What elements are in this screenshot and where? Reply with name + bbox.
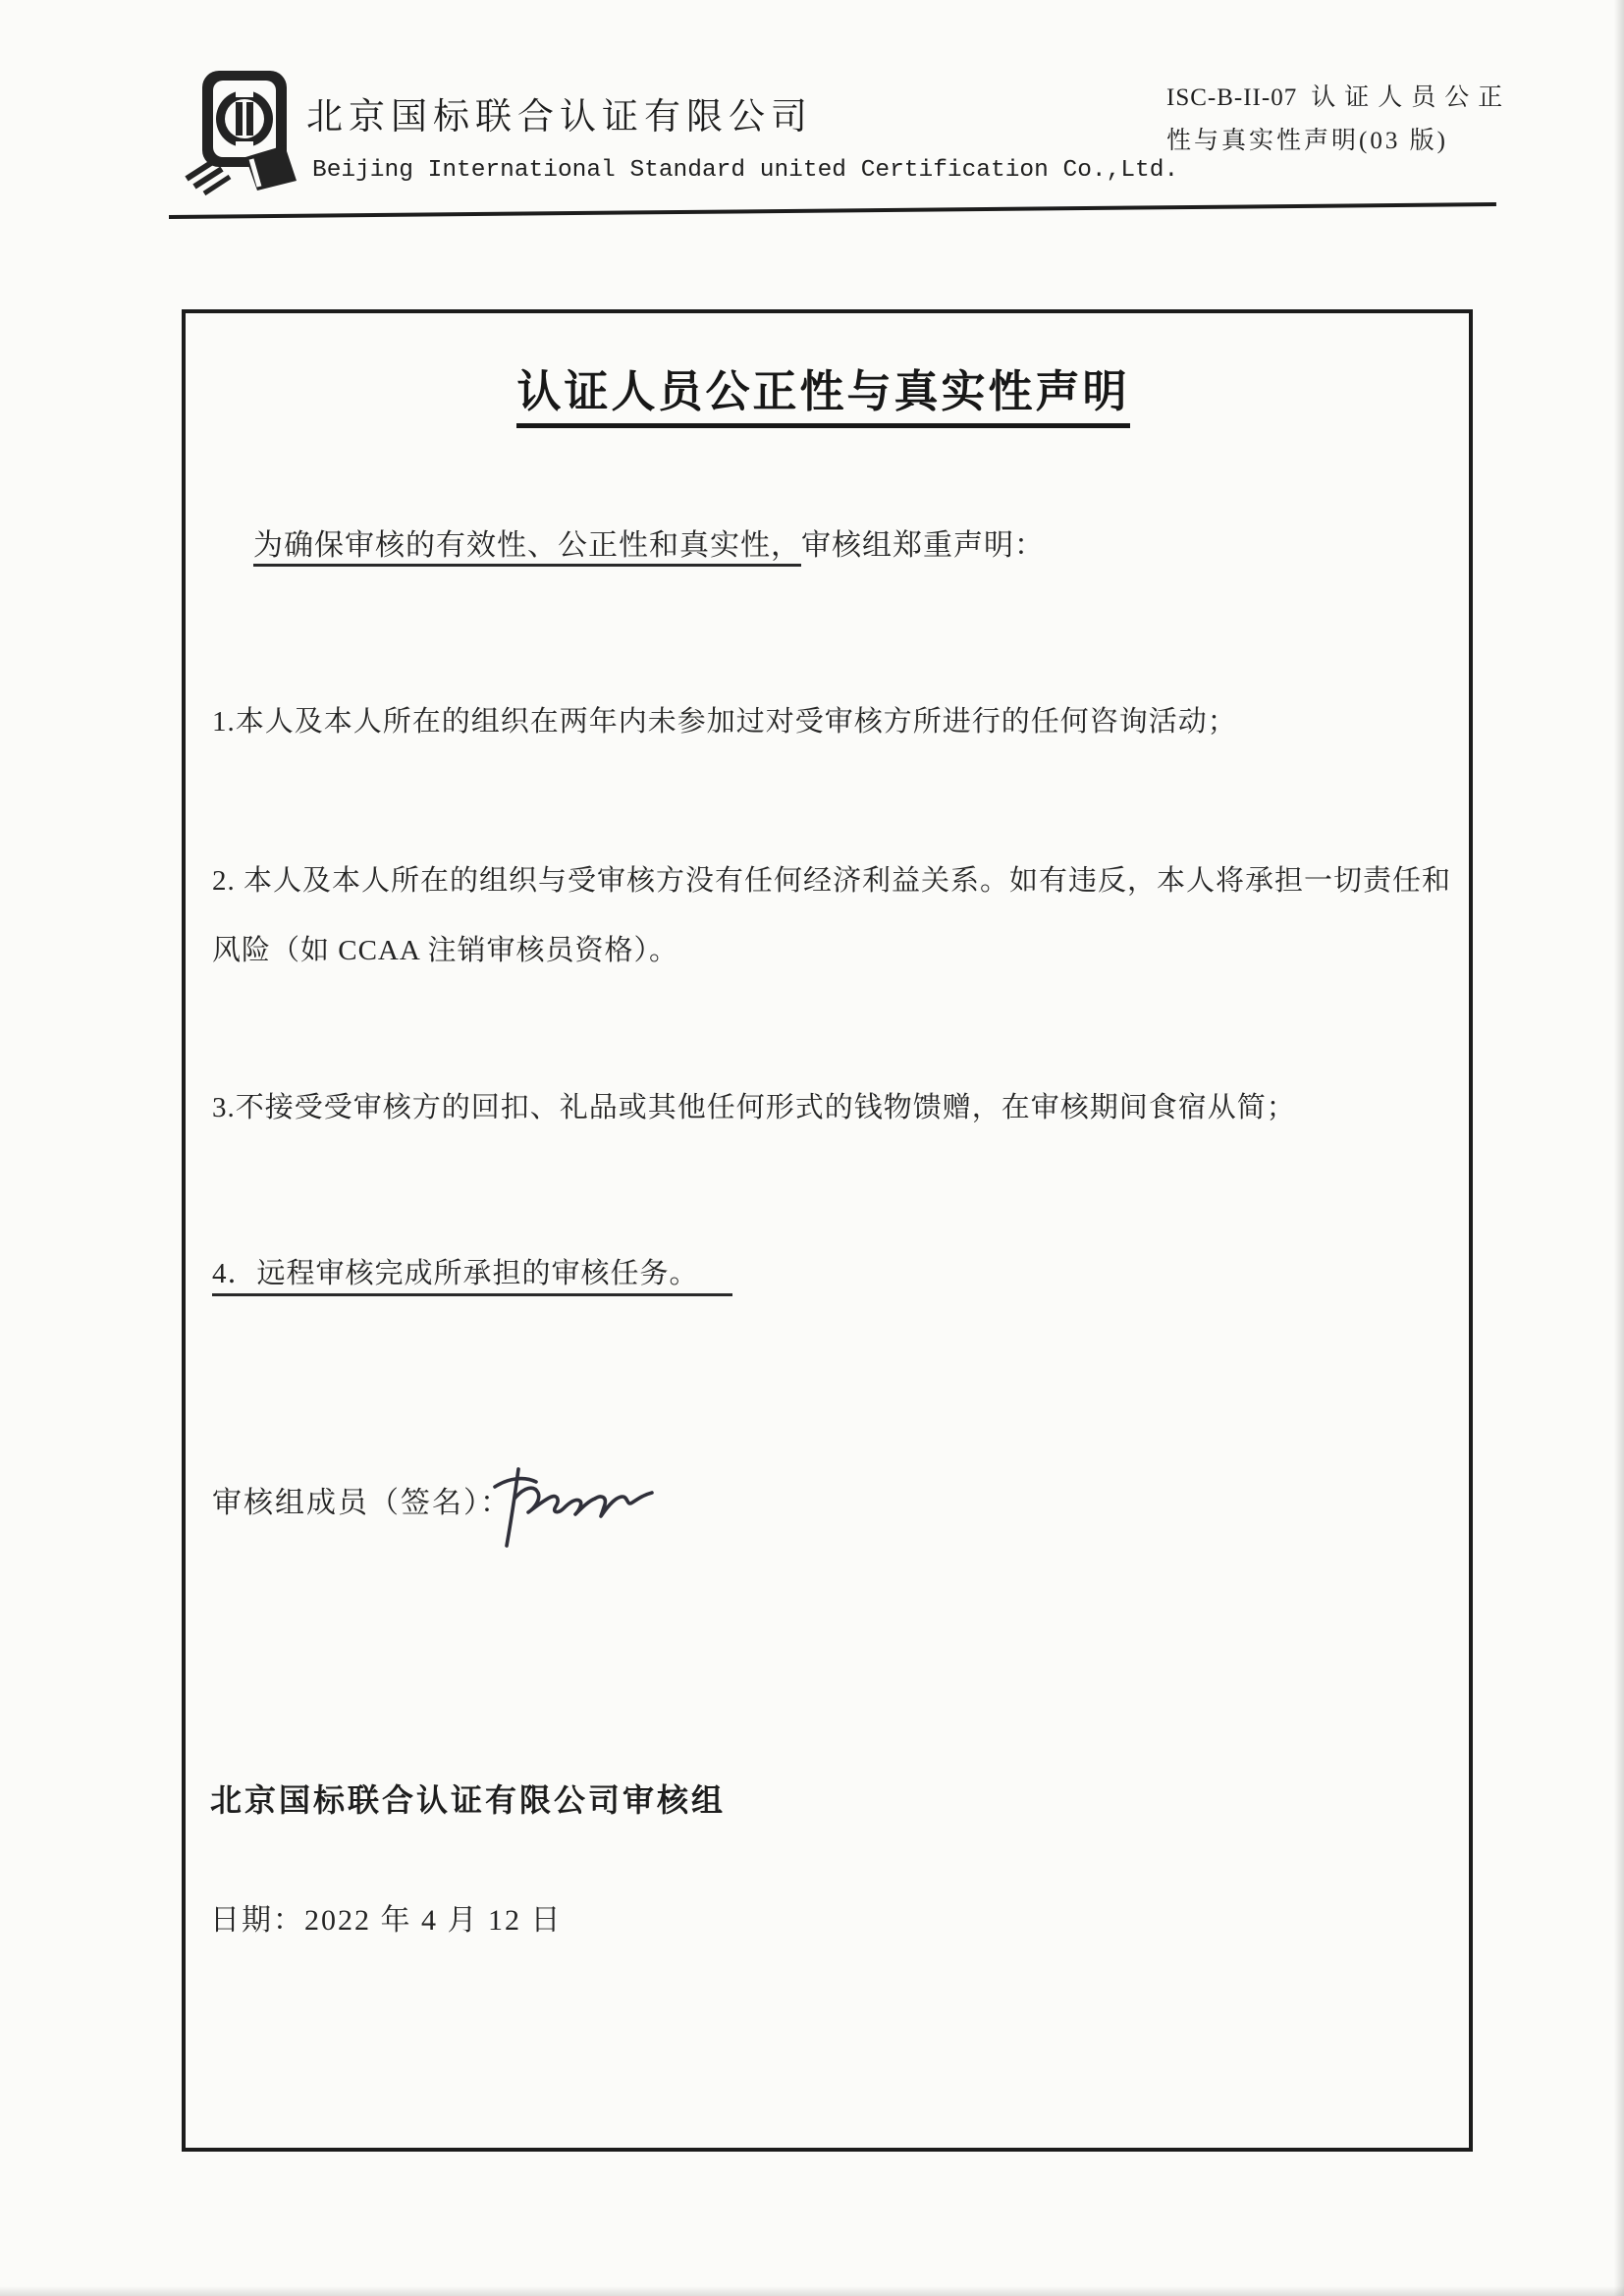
company-name-cn: 北京国标联合认证有限公司 [306, 86, 813, 139]
date-line: 日期：2022 年 4 月 12 日 [210, 1895, 563, 1939]
doc-code-line1: ISC-B-II-07认证人员公正 [1166, 77, 1520, 120]
header-divider [169, 202, 1496, 219]
audit-team-name: 北京国标联合认证有限公司审核组 [210, 1776, 726, 1821]
declaration-item-4: 4．远程审核完成所承担的审核任务。 [212, 1239, 1469, 1309]
declaration-border-box [182, 309, 1473, 2152]
scan-edge-bottom [0, 2286, 1624, 2296]
scan-edge-right [1614, 0, 1624, 2296]
doc-code-block: ISC-B-II-07认证人员公正 性与真实性声明(03 版) [1166, 77, 1520, 163]
doc-code: ISC-B-II-07 [1166, 84, 1297, 111]
intro-underlined-text: 为确保审核的有效性、公正性和真实性， [253, 529, 801, 567]
declaration-item-4-text: 4．远程审核完成所承担的审核任务。 [212, 1258, 732, 1296]
doc-label-part2: 性与真实性声明(03 版) [1166, 120, 1520, 163]
intro-tail-text: 审核组郑重声明： [801, 529, 1045, 562]
intro-paragraph: 为确保审核的有效性、公正性和真实性，审核组郑重声明： [253, 520, 1412, 564]
doc-label-part1: 认证人员公正 [1311, 84, 1511, 111]
signature-handwriting [483, 1455, 660, 1558]
page-title-text: 认证人员公正性与真实性声明 [516, 355, 1129, 428]
declaration-item-3: 3.不接受受审核方的回扣、礼品或其他任何形式的钱物馈赠，在审核期间食宿从简； [212, 1073, 1469, 1143]
declaration-item-1: 1.本人及本人所在的组织在两年内未参加过对受审核方所进行的任何咨询活动； [212, 687, 1469, 757]
declaration-item-2: 2. 本人及本人所在的组织与受审核方没有任何经济利益关系。如有违反，本人将承担一… [212, 847, 1469, 986]
company-name-en: Beijing International Standard united Ce… [312, 157, 1178, 184]
page-title: 认证人员公正性与真实性声明 [182, 355, 1465, 428]
signature-label: 审核组成员（签名）： [212, 1478, 512, 1521]
certification-logo-icon [185, 67, 300, 196]
certification-logo-graphic [185, 67, 300, 196]
